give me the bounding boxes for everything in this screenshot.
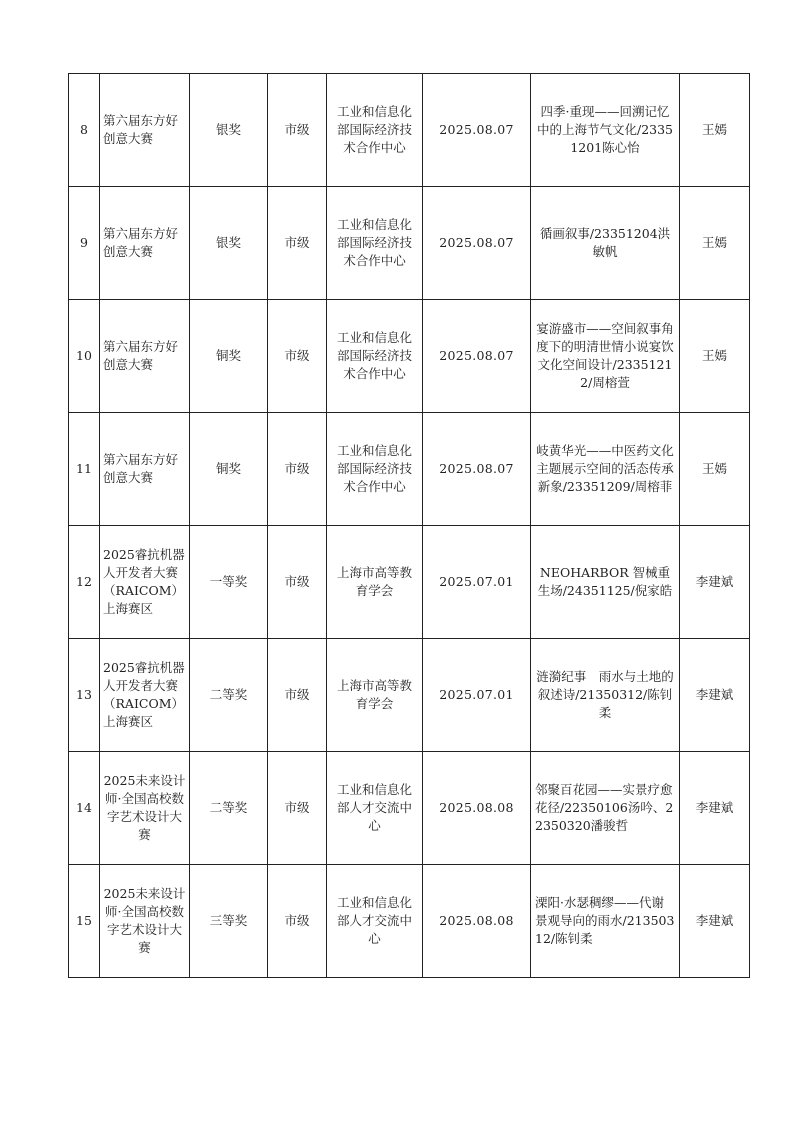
table-row: 8 第六届东方好创意大赛 银奖 市级 工业和信息化部国际经济技术合作中心 202… <box>69 74 750 187</box>
competition-name: 2025睿抗机器人开发者大赛（RAICOM）上海赛区 <box>100 639 190 752</box>
award-date: 2025.08.07 <box>423 187 531 300</box>
teacher: 李建斌 <box>680 639 750 752</box>
competition-name: 2025未来设计师·全国高校数字艺术设计大赛 <box>100 865 190 978</box>
row-number: 11 <box>69 413 100 526</box>
table-row: 9 第六届东方好创意大赛 银奖 市级 工业和信息化部国际经济技术合作中心 202… <box>69 187 750 300</box>
competition-level: 市级 <box>268 413 327 526</box>
award-level: 二等奖 <box>190 639 268 752</box>
award-level: 二等奖 <box>190 752 268 865</box>
organizer: 工业和信息化部人才交流中心 <box>327 752 423 865</box>
award-date: 2025.08.07 <box>423 300 531 413</box>
table-row: 10 第六届东方好创意大赛 铜奖 市级 工业和信息化部国际经济技术合作中心 20… <box>69 300 750 413</box>
teacher: 李建斌 <box>680 752 750 865</box>
row-number: 9 <box>69 187 100 300</box>
awards-table: 8 第六届东方好创意大赛 银奖 市级 工业和信息化部国际经济技术合作中心 202… <box>68 73 750 978</box>
teacher: 王嫣 <box>680 300 750 413</box>
row-number: 12 <box>69 526 100 639</box>
award-date: 2025.08.08 <box>423 865 531 978</box>
competition-name: 2025睿抗机器人开发者大赛（RAICOM）上海赛区 <box>100 526 190 639</box>
row-number: 14 <box>69 752 100 865</box>
competition-name: 第六届东方好创意大赛 <box>100 187 190 300</box>
table-row: 13 2025睿抗机器人开发者大赛（RAICOM）上海赛区 二等奖 市级 上海市… <box>69 639 750 752</box>
table-row: 11 第六届东方好创意大赛 铜奖 市级 工业和信息化部国际经济技术合作中心 20… <box>69 413 750 526</box>
organizer: 工业和信息化部国际经济技术合作中心 <box>327 74 423 187</box>
organizer: 工业和信息化部人才交流中心 <box>327 865 423 978</box>
award-level: 银奖 <box>190 187 268 300</box>
competition-level: 市级 <box>268 526 327 639</box>
award-level: 银奖 <box>190 74 268 187</box>
competition-level: 市级 <box>268 865 327 978</box>
work-and-student: 邻聚百花园——实景疗愈花径/22350106汤吟、22350320潘骏哲 <box>531 752 680 865</box>
competition-name: 2025未来设计师·全国高校数字艺术设计大赛 <box>100 752 190 865</box>
organizer: 工业和信息化部国际经济技术合作中心 <box>327 300 423 413</box>
document-page: 8 第六届东方好创意大赛 银奖 市级 工业和信息化部国际经济技术合作中心 202… <box>0 0 799 1132</box>
competition-level: 市级 <box>268 74 327 187</box>
competition-level: 市级 <box>268 639 327 752</box>
competition-level: 市级 <box>268 187 327 300</box>
competition-name: 第六届东方好创意大赛 <box>100 300 190 413</box>
table-row: 14 2025未来设计师·全国高校数字艺术设计大赛 二等奖 市级 工业和信息化部… <box>69 752 750 865</box>
row-number: 15 <box>69 865 100 978</box>
row-number: 8 <box>69 74 100 187</box>
award-level: 铜奖 <box>190 300 268 413</box>
competition-name: 第六届东方好创意大赛 <box>100 74 190 187</box>
table-row: 12 2025睿抗机器人开发者大赛（RAICOM）上海赛区 一等奖 市级 上海市… <box>69 526 750 639</box>
work-and-student: 宴游盛市——空间叙事角度下的明清世情小说宴饮文化空间设计/23351212/周榕… <box>531 300 680 413</box>
award-date: 2025.07.01 <box>423 526 531 639</box>
award-level: 三等奖 <box>190 865 268 978</box>
work-and-student: 循画叙事/23351204洪敏帆 <box>531 187 680 300</box>
teacher: 李建斌 <box>680 526 750 639</box>
competition-level: 市级 <box>268 300 327 413</box>
award-level: 铜奖 <box>190 413 268 526</box>
teacher: 王嫣 <box>680 413 750 526</box>
work-and-student: 溧阳·水瑟稠缪——代谢景观导向的雨水/21350312/陈钊柔 <box>531 865 680 978</box>
award-date: 2025.07.01 <box>423 639 531 752</box>
award-date: 2025.08.07 <box>423 74 531 187</box>
work-and-student: 涟漪纪事 雨水与土地的叙述诗/21350312/陈钊柔 <box>531 639 680 752</box>
award-date: 2025.08.07 <box>423 413 531 526</box>
teacher: 王嫣 <box>680 74 750 187</box>
award-date: 2025.08.08 <box>423 752 531 865</box>
teacher: 王嫣 <box>680 187 750 300</box>
row-number: 13 <box>69 639 100 752</box>
organizer: 工业和信息化部国际经济技术合作中心 <box>327 187 423 300</box>
table-row: 15 2025未来设计师·全国高校数字艺术设计大赛 三等奖 市级 工业和信息化部… <box>69 865 750 978</box>
teacher: 李建斌 <box>680 865 750 978</box>
organizer: 工业和信息化部国际经济技术合作中心 <box>327 413 423 526</box>
row-number: 10 <box>69 300 100 413</box>
competition-name: 第六届东方好创意大赛 <box>100 413 190 526</box>
organizer: 上海市高等教育学会 <box>327 526 423 639</box>
work-and-student: 四季·重现——回溯记忆中的上海节气文化/23351201陈心怡 <box>531 74 680 187</box>
competition-level: 市级 <box>268 752 327 865</box>
award-level: 一等奖 <box>190 526 268 639</box>
organizer: 上海市高等教育学会 <box>327 639 423 752</box>
work-and-student: NEOHARBOR 智械重生场/24351125/倪家皓 <box>531 526 680 639</box>
work-and-student: 岐黄华光——中医药文化主题展示空间的活态传承新象/23351209/周榕菲 <box>531 413 680 526</box>
